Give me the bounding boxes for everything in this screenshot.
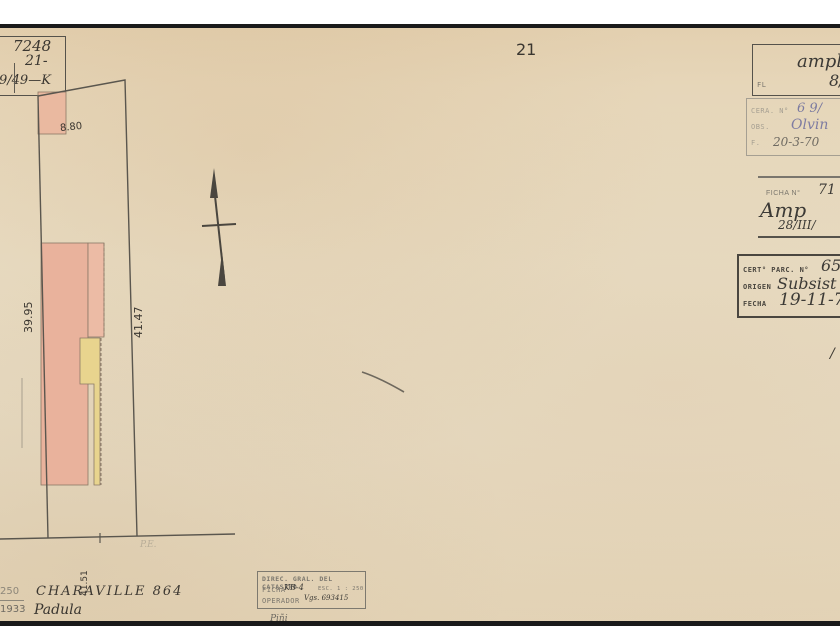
right-stamp-3-value-3: 28/III/ — [778, 218, 816, 232]
page-number: 21 — [516, 40, 536, 59]
scale-fragment: 250 — [0, 586, 19, 597]
right-stamp-3-value-1: 71 — [818, 182, 836, 198]
faint-mark: P.E. — [140, 540, 157, 550]
left-depth-label: 39.95 — [22, 302, 35, 334]
right-stamp-1-hand-1: ampl — [797, 51, 840, 72]
right-stamp-4-label-2: ORIGEN — [743, 283, 771, 291]
ficha-value: KB-4 — [284, 583, 304, 592]
catastro-stamp: DIREC. GRAL. DEL CATASTRO FICHA KB-4 ESC… — [257, 571, 366, 609]
north-arrow-icon — [198, 168, 242, 292]
right-stamp-4-value-3: 19-11-7 — [779, 290, 840, 310]
right-stamp-1-label: FL — [757, 81, 766, 89]
right-edge-mark: / — [830, 346, 835, 362]
owner-name: Padula — [34, 602, 82, 618]
operador-label: OPERADOR — [262, 597, 300, 605]
right-stamp-2-label-3: F. — [751, 139, 760, 147]
catastro-below-mark: Piñi — [270, 614, 288, 624]
right-stamp-4-value-1: 65 — [821, 256, 840, 275]
pencil-mark — [360, 368, 410, 398]
right-stamp-4-label-3: FECHA — [743, 300, 767, 308]
right-stamp-2-value-2: Olvin — [791, 117, 828, 133]
ficha-label: FICHA — [262, 586, 286, 594]
year-label: 1933 — [0, 604, 25, 615]
right-stamp-2-label-2: OBS. — [751, 123, 770, 131]
right-stamp-4: CERT° PARC. N° ORIGEN FECHA 65 Subsist 1… — [737, 254, 840, 318]
right-stamp-3: FICHA N° 71 Amp 28/III/ — [758, 174, 840, 240]
annex-building — [88, 243, 104, 337]
right-stamp-2-value-3: 20-3-70 — [773, 135, 819, 149]
cadastral-plan-sheet: 7248 21- 9/49—K 21 8.80 39.95 41.47 41.5… — [0, 24, 840, 626]
right-stamp-2: CERA. N° OBS. F. 6 9/ Olvin 20-3-70 — [746, 98, 840, 156]
right-stamp-3-label: FICHA N° — [766, 190, 800, 197]
street-line — [0, 534, 235, 539]
right-stamp-1: ampl 8/ FL — [752, 44, 840, 96]
address-label: CHARAVILLE 864 — [36, 584, 183, 599]
right-stamp-2-label-1: CERA. N° — [751, 107, 789, 115]
right-stamp-4-label-1: CERT° PARC. N° — [743, 266, 809, 274]
right-depth-label: 41.47 — [132, 307, 145, 339]
escala-label: ESC. 1 : 250 — [318, 586, 364, 592]
front-width-label: 8.80 — [59, 121, 82, 134]
scale-divider — [0, 600, 24, 601]
right-stamp-1-hand-2: 8/ — [829, 71, 840, 90]
right-stamp-2-value-1: 6 9/ — [797, 101, 822, 116]
operador-value: Vgs. 693415 — [304, 594, 348, 602]
